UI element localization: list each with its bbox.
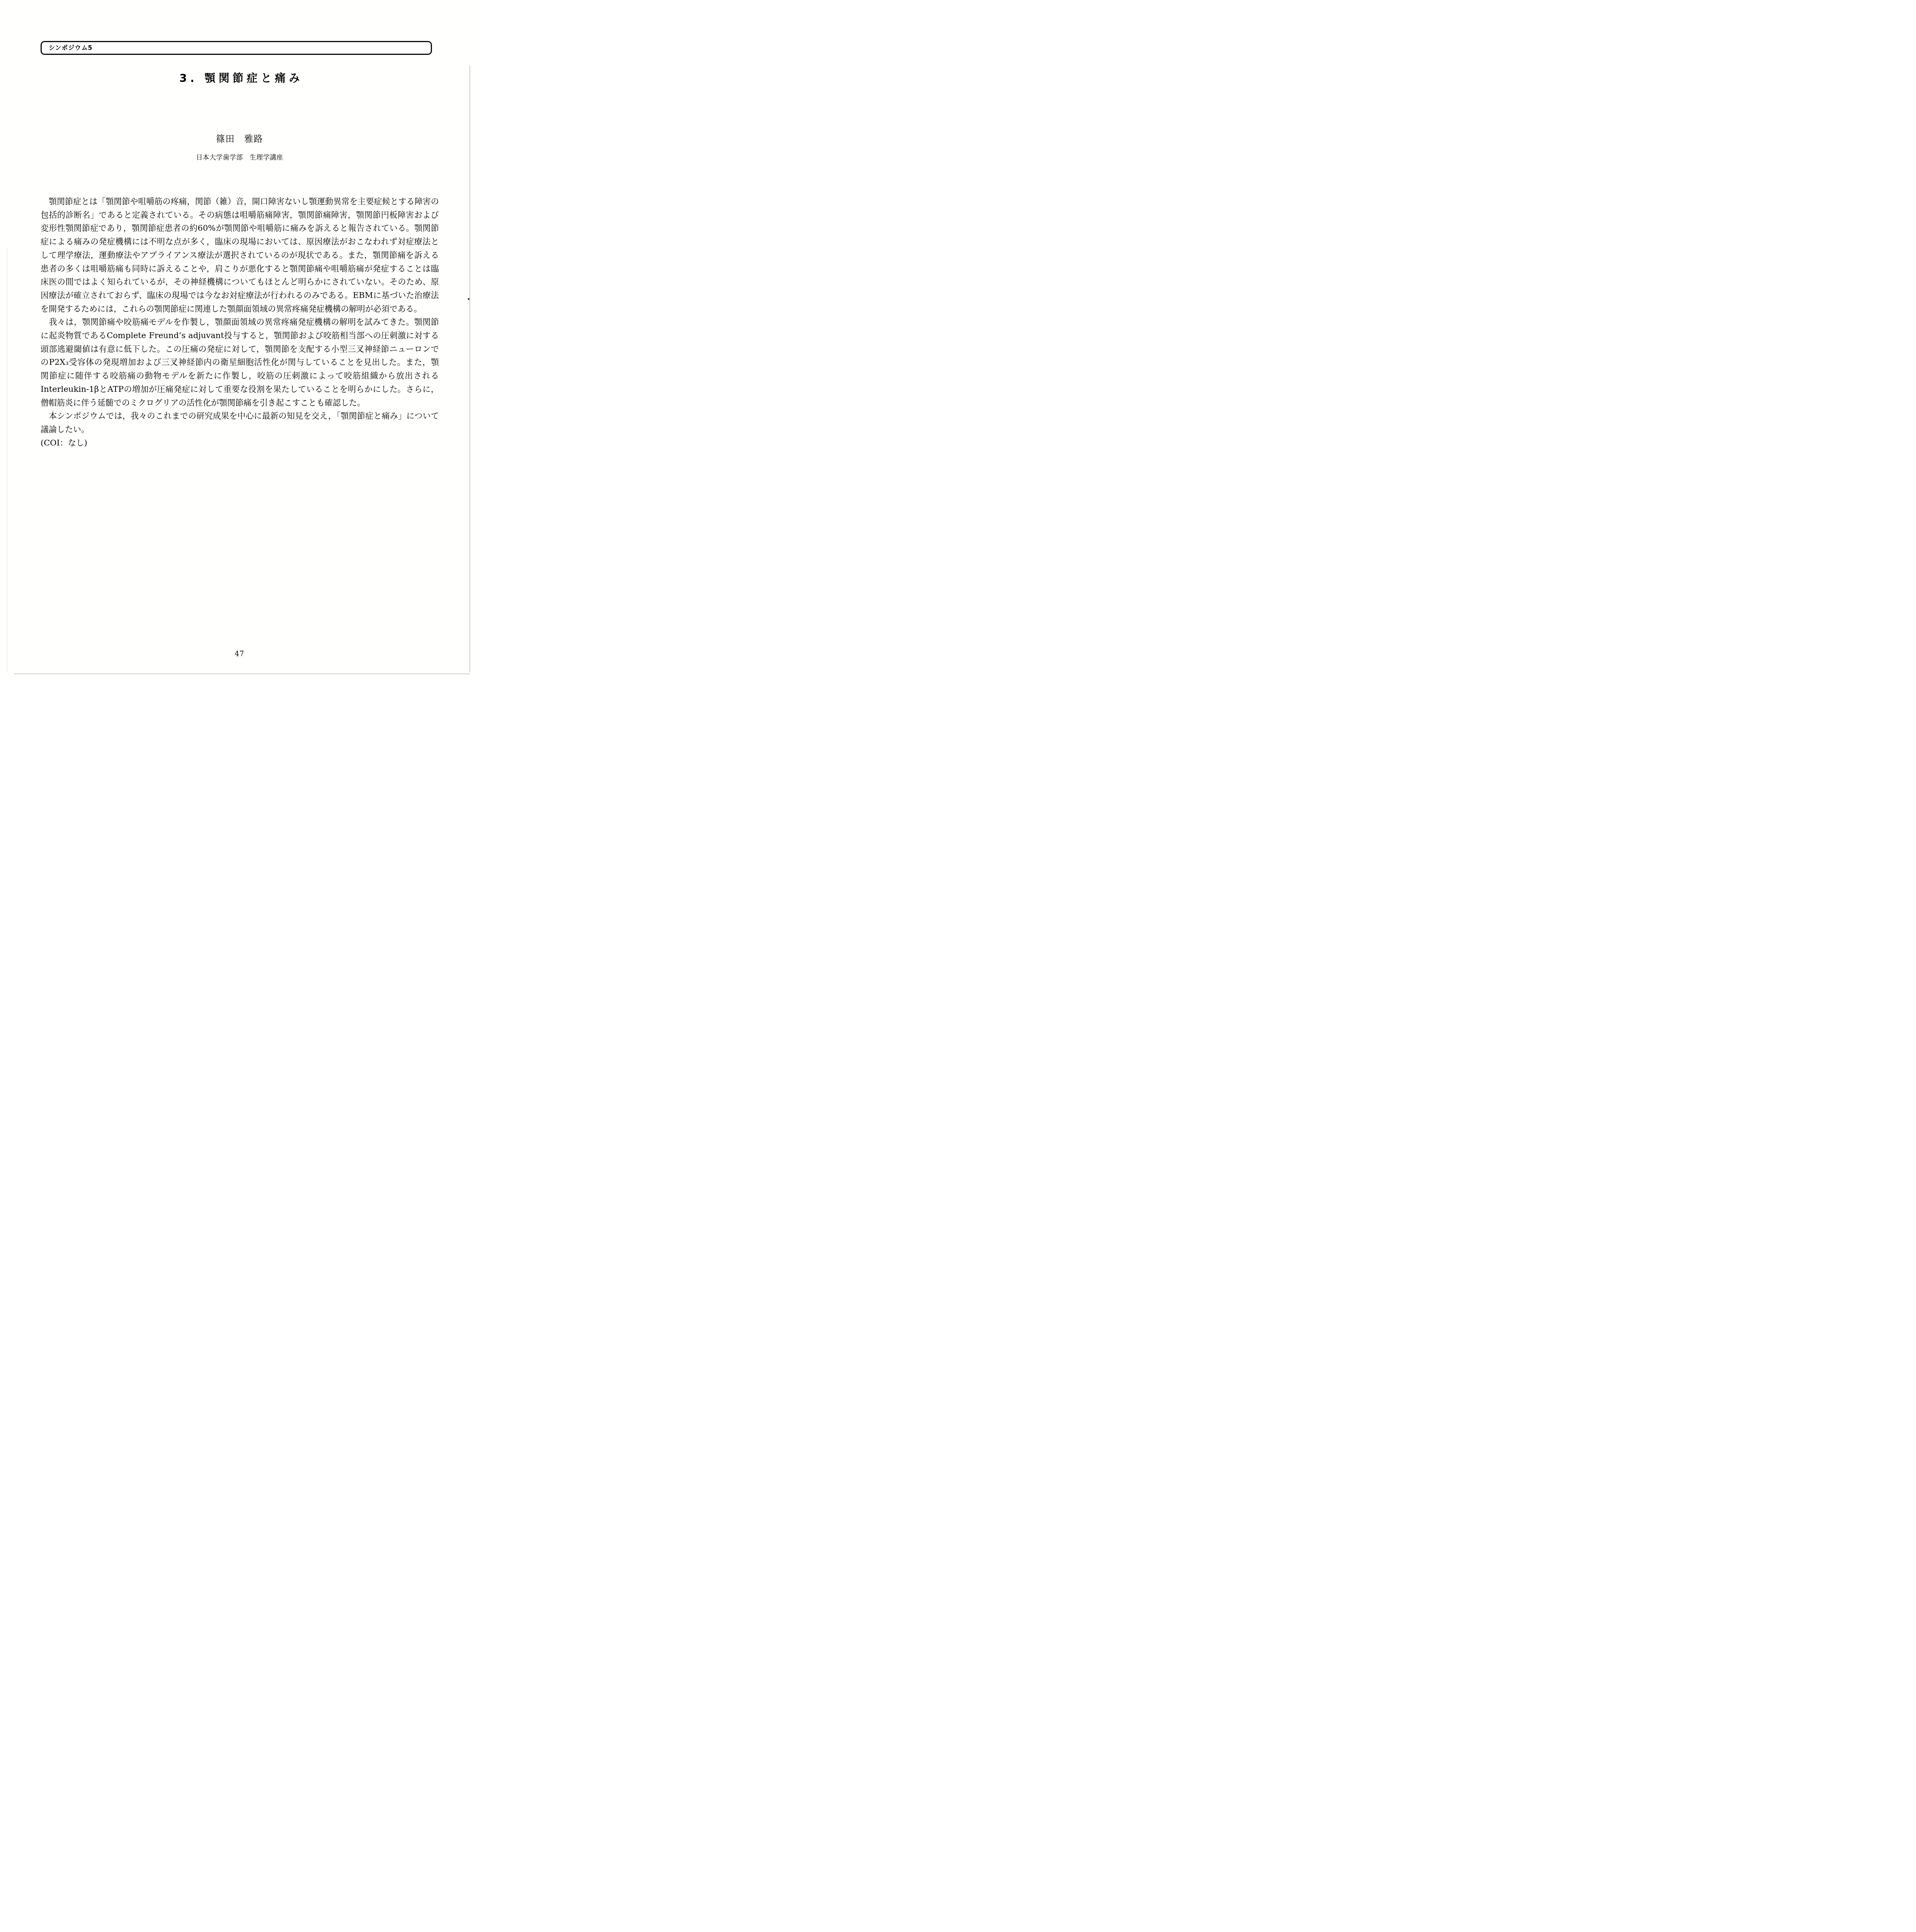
body-text-line: に起炎物質であるComplete Freund’s adjuvant投与すると，… <box>41 329 439 342</box>
body-text-line: 関節症に随伴する咬筋痛の動物モデルを新たに作製し，咬筋の圧刺激によって咬筋組織か… <box>41 369 439 383</box>
body-text-line: 患者の多くは咀嚼筋痛も同時に訴えることや，肩こりが悪化すると顎関節痛や咀嚼筋痛が… <box>41 262 439 276</box>
body-text-line: して理学療法，運動療法やアプライアンス療法が選択されているのが現状である。また，… <box>41 248 439 262</box>
author-name: 篠田 雅路 <box>0 134 479 144</box>
symposium-header-box: シンポジウム5 <box>41 41 432 55</box>
scan-edge-left <box>7 247 7 672</box>
body-text-line: 本シンポジウムでは，我々のこれまでの研究成果を中心に最新の知見を交え，「顎関節症… <box>41 409 439 423</box>
page-title: 3. 顎関節症と痛み <box>0 73 479 85</box>
scan-edge-right <box>469 66 470 672</box>
body-text-line: Interleukin-1βとATPの増加が圧痛発症に対して重要な役割を果たして… <box>41 383 439 396</box>
body-text-line: 症による痛みの発症機構には不明な点が多く，臨床の現場においては、原因療法がおこな… <box>41 235 439 248</box>
scan-ink-speck <box>468 298 469 300</box>
body-text-line: のP2X₃受容体の発現増加および三叉神経節内の衛星細胞活性化が関与していることを… <box>41 355 439 369</box>
abstract-body: 顎関節症とは「顎関節や咀嚼筋の疼痛，関節（雑）音，開口障害ないし顎運動異常を主要… <box>41 195 439 449</box>
scan-edge-bottom <box>14 673 470 674</box>
body-text-line: 因療法が確立されておらず、臨床の現場では今なお対症療法が行われるのみである。EB… <box>41 289 439 302</box>
body-text-line: 変形性顎関節症であり，顎関節症患者の約60%が顎関節や咀嚼筋に痛みを訴えると報告… <box>41 221 439 235</box>
abstract-page: シンポジウム5 3. 顎関節症と痛み 篠田 雅路 日本大学歯学部 生理学講座 顎… <box>0 0 479 678</box>
body-text-line: 包括的診断名」であると定義されている。その病態は咀嚼筋痛障害，顎関節痛障害，顎関… <box>41 208 439 222</box>
body-text-line: 顎関節症とは「顎関節や咀嚼筋の疼痛，関節（雑）音，開口障害ないし顎運動異常を主要… <box>41 195 439 208</box>
symposium-header-label: シンポジウム5 <box>49 45 93 51</box>
body-text-line: 僧帽筋炎に伴う延髄でのミクログリアの活性化が顎関節痛を引き起こすことも確認した。 <box>41 396 439 410</box>
body-text-line: 議論したい。 <box>41 423 439 436</box>
body-text-line: 頭部逃避閾値は有意に低下した。この圧痛の発症に対して，顎関節を支配する小型三叉神… <box>41 342 439 356</box>
body-text-line: を開発するためには，これらの顎関節症に関連した顎顔面領域の異常疼痛発症機構の解明… <box>41 302 439 316</box>
author-affiliation: 日本大学歯学部 生理学講座 <box>0 154 479 162</box>
body-text-line: (COI：なし) <box>41 436 439 450</box>
page-number: 47 <box>0 651 479 658</box>
body-text-line: 床医の間ではよく知られているが，その神経機構についてもほとんど明らかにされていな… <box>41 275 439 289</box>
body-text-line: 我々は，顎関節痛や咬筋痛モデルを作製し，顎顔面領域の異常疼痛発症機構の解明を試み… <box>41 315 439 329</box>
